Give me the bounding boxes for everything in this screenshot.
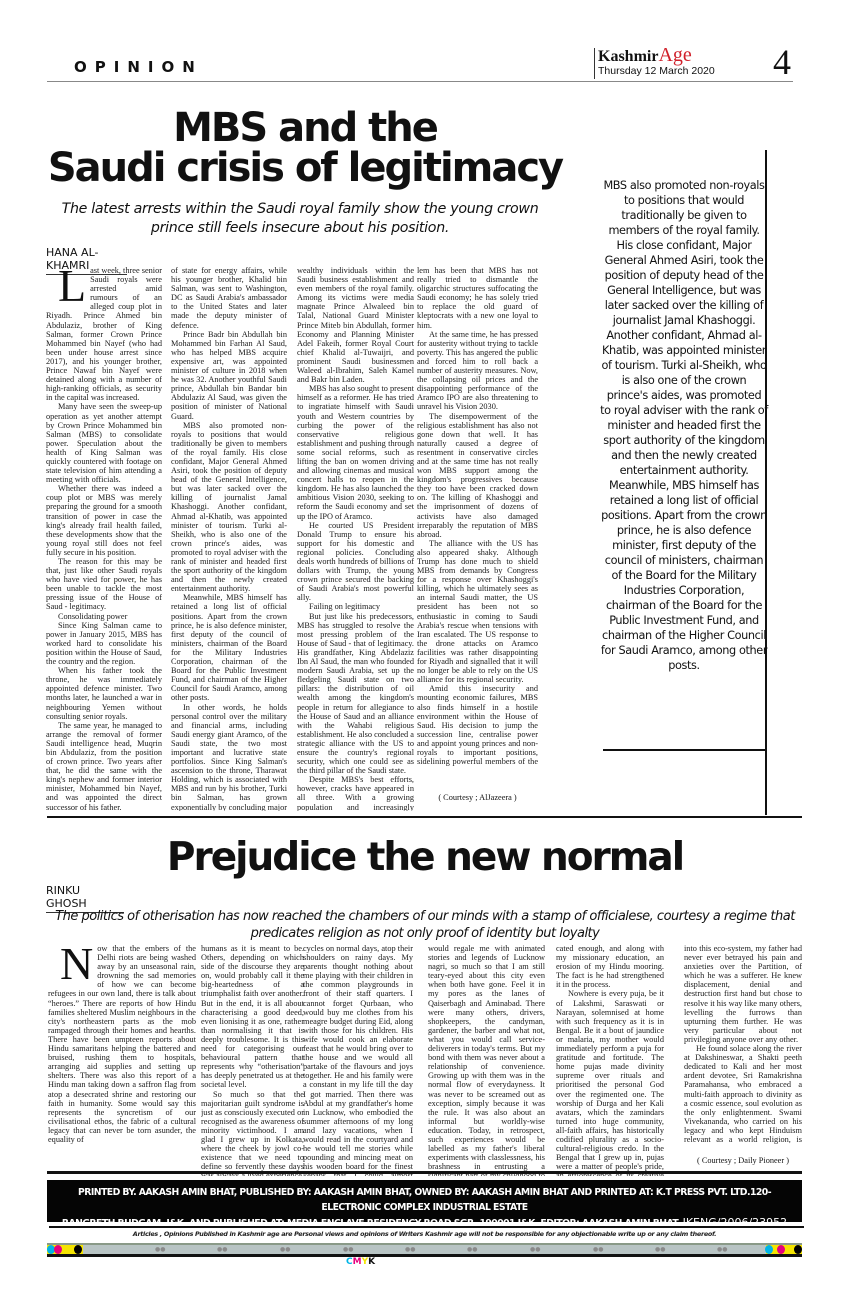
paragraph: MBS has also sought to present himself a… [297,384,414,520]
registration-mark-icon: ●● [717,1246,727,1253]
article1-courtesy: ( Courtesy ; AlJazeera ) [417,793,538,802]
paragraph: of state for energy affairs, while his y… [171,266,287,330]
paragraph: humans as it is meant to be. Others, dep… [201,944,304,1090]
article2-column-6: into this eco-system, my father had neve… [684,944,802,1144]
headline-line-1: MBS and the [40,108,570,148]
paragraph: Many have seen the sweep-up operation as… [46,402,162,484]
paragraph: So much so that the majoritarian guilt s… [201,1090,304,1177]
paragraph: into this eco-system, my father had neve… [684,944,802,1044]
dropcap: N [60,946,93,982]
article2-column-1: N ow that the embers of the Delhi riots … [48,944,196,1176]
subheading: Failing on legitimacy [297,602,414,611]
paragraph: But just like his predecessors, MBS has … [297,612,414,776]
paragraph: When his father took the throne, he was … [46,666,162,721]
registration-mark-icon: ●● [280,1246,290,1253]
paragraph: wealthy individuals within the Saudi bus… [297,266,414,384]
paragraph: In other words, he holds personal contro… [171,703,287,812]
logo-age: Age [658,44,691,66]
registration-mark-icon: ●● [467,1246,477,1253]
section-label: OPINION [74,58,203,76]
cmyk-c: C [346,1257,353,1267]
paragraph: Despite MBS's best efforts, however, cra… [297,775,414,811]
paragraph: cated enough, and along with my missiona… [556,944,664,989]
paragraph: The alliance with the US has also appear… [417,539,538,685]
pull-quote-rule-horizontal [603,749,766,751]
article2-standfirst: The politics of otherisation has now rea… [55,908,795,942]
article1-column-2: of state for energy affairs, while his y… [171,266,287,811]
paragraph: Amid this insecurity and mounting econom… [417,684,538,766]
subheading: Consolidating power [46,612,162,621]
imprint-box: PRINTED BY. AAKASH AMIN BHAT, PUBLISHED … [47,1180,802,1222]
registration-mark-icon: ●● [593,1246,603,1253]
registration-mark-icon: ●● [155,1246,165,1253]
magenta-dot-icon [54,1245,62,1254]
paragraph: At the same time, he has pressed for aus… [417,330,538,412]
article2-column-3: cycles on normal days, atop their should… [303,944,413,1176]
masthead: KashmirAge Thursday 12 March 2020 [594,48,715,79]
article1-column-1: L ast week, three senior Saudi royals we… [46,266,162,811]
page-number: 4 [773,44,791,80]
paragraph: The reason for this may be that, just li… [46,557,162,612]
paragraph: The disempowerment of the religious esta… [417,412,538,539]
imprint-line-2: RANGRETH BUDGAM, J&K. AND PUBLISHED AT: … [47,1215,802,1231]
paragraph: He courted US President Donald Trump to … [297,521,414,603]
article1-headline: MBS and the Saudi crisis of legitimacy [40,108,570,188]
article2-headline: Prejudice the new normal [40,837,810,879]
paragraph: Whether there was indeed a coup plot or … [46,484,162,557]
registration-mark-icon: ●● [655,1246,665,1253]
publication-logo: KashmirAge [598,48,715,65]
paragraph: MBS also promoted non-royals to position… [171,421,287,594]
registration-mark-icon: ●● [217,1246,227,1253]
paragraph: would regale me with animated stories an… [428,944,545,1176]
paragraph: lem has been that MBS has not really tri… [417,266,538,330]
imprint-line-1: PRINTED BY. AAKASH AMIN BHAT, PUBLISHED … [47,1185,802,1215]
cyan-dot-icon [765,1245,773,1254]
bottom-rule [47,1171,802,1174]
article1-column-3: wealthy individuals within the Saudi bus… [297,266,414,811]
page-header: OPINION KashmirAge Thursday 12 March 202… [47,44,793,82]
black-dot-icon [794,1245,802,1254]
paragraph: Meanwhile, MBS himself has retained a lo… [171,593,287,702]
registration-mark-icon: ●● [530,1246,540,1253]
paragraph: Prince Badr bin Abdullah bin Mohammed bi… [171,330,287,421]
article1-column-4: lem has been that MBS has not really tri… [417,266,538,766]
article2-column-5: cated enough, and along with my missiona… [556,944,664,1176]
article2-column-2: humans as it is meant to be. Others, dep… [201,944,304,1176]
dropcap: L [58,268,86,304]
cmyk-k: K [368,1257,375,1267]
print-color-bar: ●● ●● ●● ●● ●● ●● ●● ●● ●● ●● [47,1243,802,1254]
paragraph: Nowhere is every puja, be it of Lakshmi,… [556,989,664,1176]
magenta-dot-icon [777,1245,785,1254]
article1-standfirst: The latest arrests within the Saudi roya… [50,200,550,238]
cmyk-m: M [353,1257,362,1267]
color-bar-base [47,1254,802,1257]
black-dot-icon [74,1245,82,1254]
logo-kashmir: Kashmir [598,48,658,65]
disclaimer: Articles , Opinions Published in Kashmir… [47,1230,802,1238]
section-divider [47,816,802,818]
article2-column-4: would regale me with animated stories an… [428,944,545,1176]
paragraph: The same year, he managed to arrange the… [46,721,162,811]
registration-mark-icon: ●● [343,1246,353,1253]
cmyk-label: CMYK [346,1257,375,1267]
paragraph: He found solace along the river at Daksh… [684,1044,802,1144]
disclaimer-rule [49,1226,804,1228]
issue-date: Thursday 12 March 2020 [598,65,715,77]
paragraph: Since King Salman came to power in Janua… [46,621,162,666]
pull-quote: MBS also promoted non-royals to position… [600,178,768,673]
paragraph: cycles on normal days, atop their should… [303,944,413,1176]
headline-line-2: Saudi crisis of legitimacy [40,148,570,188]
registration-mark-icon: ●● [405,1246,415,1253]
article2-courtesy: ( Courtesy ; Daily Pioneer ) [684,1156,802,1165]
